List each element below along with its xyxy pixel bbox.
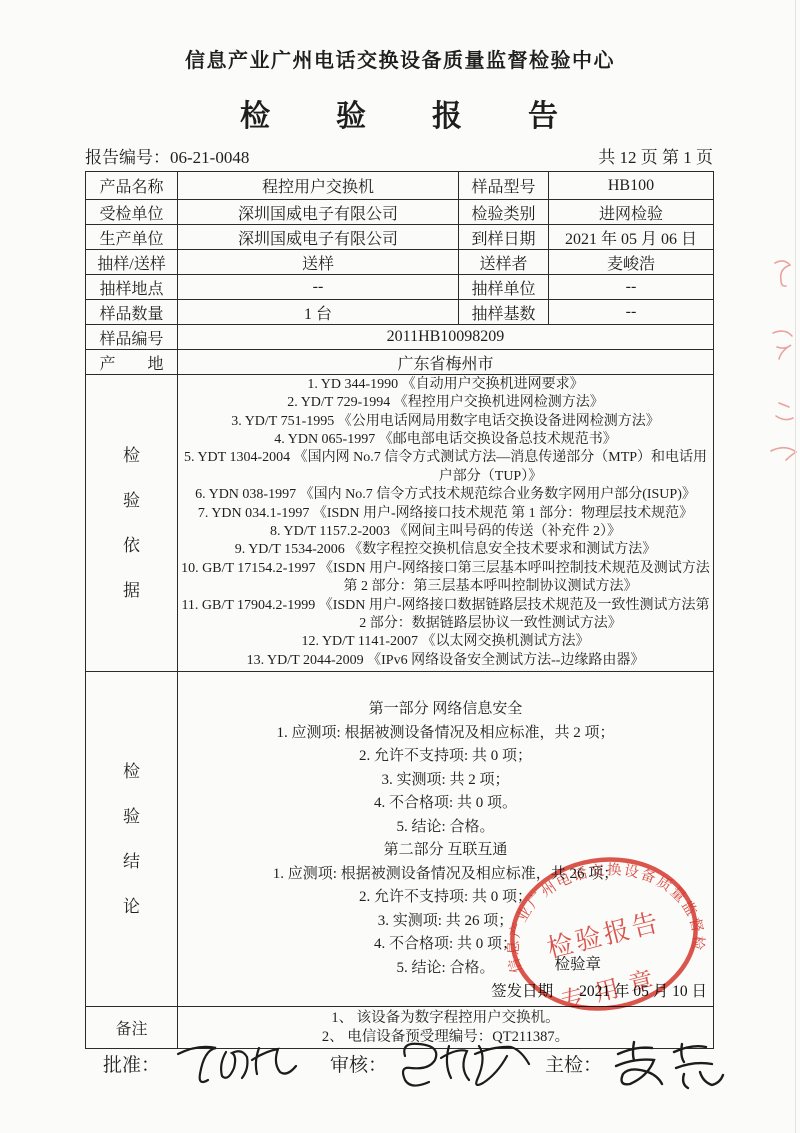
conclusion-item: 5. 结论: 合格。 <box>181 957 710 981</box>
issue-date-line: 签发日期2021 年 05 月 10 日 <box>491 979 707 1001</box>
info-label: 送样者 <box>459 250 549 275</box>
table-row: 抽样/送样 送样 送样者 麦峻浩 <box>86 250 714 275</box>
basis-item: 2. YD/T 729-1994 《程控用户交换机进网检测方法》 <box>181 394 710 412</box>
issue-date-value: 2021 年 05 月 10 日 <box>579 983 707 1000</box>
info-value: -- <box>549 275 714 300</box>
conclusion-header-cell: 检验结论 <box>86 672 178 1007</box>
conclusion-item: 4. 不合格项: 共 0 项； <box>181 933 710 957</box>
conclusion-content: 第一部分 网络信息安全 1. 应测项: 根据被测设备情况及相应标准，共 2 项；… <box>178 672 714 1007</box>
info-label: 检验类别 <box>459 200 549 225</box>
report-meta-line: 报告编号：06-21-0048 共 12 页 第 1 页 <box>85 143 713 168</box>
conclusion-item: 4. 不合格项: 共 0 项。 <box>181 792 710 816</box>
conclusion-header: 检验结论 <box>123 749 141 929</box>
origin-value: 广东省梅州市 <box>178 350 714 375</box>
org-title: 信息产业广州电话交换设备质量监督检验中心 <box>0 44 800 73</box>
basis-content: 1. YD 344-1990 《自动用户交换机进网要求》 2. YD/T 729… <box>178 375 714 672</box>
pagination: 共 12 页 第 1 页 <box>598 143 713 168</box>
table-row-basis: 检验依据 1. YD 344-1990 《自动用户交换机进网要求》 2. YD/… <box>86 375 714 672</box>
table-row: 生产单位 深圳国威电子有限公司 到样日期 2021 年 05 月 06 日 <box>86 225 714 250</box>
info-label: 样品数量 <box>86 300 178 325</box>
info-label: 抽样单位 <box>459 275 549 300</box>
inspect-label: 主检： <box>545 1050 602 1077</box>
info-label: 产品名称 <box>86 172 178 200</box>
info-value: 送样 <box>178 250 459 275</box>
report-number: 报告编号：06-21-0048 <box>85 143 249 168</box>
basis-item: 9. YD/T 1534-2006 《数字程控交换机信息安全技术要求和测试方法》 <box>181 541 710 559</box>
basis-item: 5. YDT 1304-2004 《国内网 No.7 信令方式测试方法—消息传递… <box>181 449 710 486</box>
review-label: 审核： <box>330 1050 387 1077</box>
basis-item: 6. YDN 038-1997 《国内 No.7 信令方式技术规范综合业务数字网… <box>181 486 710 504</box>
basis-item: 11. GB/T 17904.2-1999 《ISDN 用户-网络接口数据链路层… <box>181 597 710 634</box>
basis-item: 10. GB/T 17154.2-1997 《ISDN 用户-网络接口第三层基本… <box>181 560 710 597</box>
basis-item: 12. YD/T 1141-2007 《以太网交换机测试方法》 <box>181 633 710 651</box>
basis-item: 4. YDN 065-1997 《邮电部电话交换设备总技术规范书》 <box>181 431 710 449</box>
issue-date-label: 签发日期 <box>491 983 553 1000</box>
report-table: 产品名称 程控用户交换机 样品型号 HB100 受检单位 深圳国威电子有限公司 … <box>85 171 714 1049</box>
table-row: 产品名称 程控用户交换机 样品型号 HB100 <box>86 172 714 200</box>
stamp-note-label: 检验章 <box>554 952 601 974</box>
info-label: 抽样/送样 <box>86 250 178 275</box>
table-row: 抽样地点 -- 抽样单位 -- <box>86 275 714 300</box>
approve-label: 批准： <box>103 1050 160 1077</box>
info-value: 程控用户交换机 <box>178 172 459 200</box>
report-number-value: 06-21-0048 <box>170 148 249 167</box>
table-row-conclusion: 检验结论 第一部分 网络信息安全 1. 应测项: 根据被测设备情况及相应标准，共… <box>86 672 714 1007</box>
basis-item: 1. YD 344-1990 《自动用户交换机进网要求》 <box>181 376 710 394</box>
basis-item: 7. YDN 034.1-1997 《ISDN 用户-网络接口技术规范 第 1 … <box>181 505 710 523</box>
review-signature <box>391 1036 541 1098</box>
conclusion-item: 3. 实测项: 共 26 项； <box>181 910 710 934</box>
conclusion-part1-title: 第一部分 网络信息安全 <box>181 698 710 722</box>
conclusion-item: 2. 允许不支持项: 共 0 项； <box>181 745 710 769</box>
basis-header: 检验依据 <box>123 433 141 613</box>
info-value: 深圳国威电子有限公司 <box>178 200 459 225</box>
info-label: 抽样基数 <box>459 300 549 325</box>
basis-header-cell: 检验依据 <box>86 375 178 672</box>
review-group: 审核： <box>330 1036 541 1098</box>
info-value: 1 台 <box>178 300 459 325</box>
info-value: 2021 年 05 月 06 日 <box>549 225 714 250</box>
info-value: -- <box>178 275 459 300</box>
report-number-label: 报告编号： <box>85 148 170 167</box>
info-label: 抽样地点 <box>86 275 178 300</box>
sample-no-value: 2011HB10098209 <box>178 325 714 350</box>
info-value: 麦峻浩 <box>549 250 714 275</box>
conclusion-item: 5. 结论: 合格。 <box>181 816 710 840</box>
conclusion-item: 3. 实测项: 共 2 项； <box>181 769 710 793</box>
approve-group: 批准： <box>103 1036 304 1094</box>
info-value: -- <box>549 300 714 325</box>
inspect-group: 主检： <box>545 1036 756 1098</box>
info-label: 受检单位 <box>86 200 178 225</box>
info-label: 样品型号 <box>459 172 549 200</box>
approve-signature <box>164 1036 304 1094</box>
basis-item: 8. YD/T 1157.2-2003 《网间主叫号码的传送（补充件 2）》 <box>181 523 710 541</box>
info-value: 深圳国威电子有限公司 <box>178 225 459 250</box>
conclusion-item: 1. 应测项: 根据被测设备情况及相应标准，共 26 项； <box>181 863 710 887</box>
info-value: 进网检验 <box>549 200 714 225</box>
conclusion-part2-title: 第二部分 互联互通 <box>181 839 710 863</box>
info-label: 生产单位 <box>86 225 178 250</box>
info-value: HB100 <box>549 172 714 200</box>
table-row: 受检单位 深圳国威电子有限公司 检验类别 进网检验 <box>86 200 714 225</box>
table-row-origin: 产 地 广东省梅州市 <box>86 350 714 375</box>
conclusion-item: 2. 允许不支持项: 共 0 项； <box>181 886 710 910</box>
conclusion-item: 1. 应测项: 根据被测设备情况及相应标准，共 2 项； <box>181 722 710 746</box>
inspect-signature <box>606 1036 756 1098</box>
sample-no-label: 样品编号 <box>86 325 178 350</box>
info-label: 到样日期 <box>459 225 549 250</box>
page-edge-shadow <box>795 0 796 1133</box>
origin-label: 产 地 <box>86 350 178 375</box>
basis-item: 13. YD/T 2044-2009 《IPv6 网络设备安全测试方法--边缘路… <box>181 652 710 670</box>
table-row-sample-no: 样品编号 2011HB10098209 <box>86 325 714 350</box>
remark-item: 1、 该设备为数字程控用户交换机。 <box>181 1009 710 1028</box>
report-title: 检 验 报 告 <box>0 91 800 135</box>
table-row: 样品数量 1 台 抽样基数 -- <box>86 300 714 325</box>
basis-item: 3. YD/T 751-1995 《公用电话网局用数字电话交换设备进网检测方法》 <box>181 413 710 431</box>
